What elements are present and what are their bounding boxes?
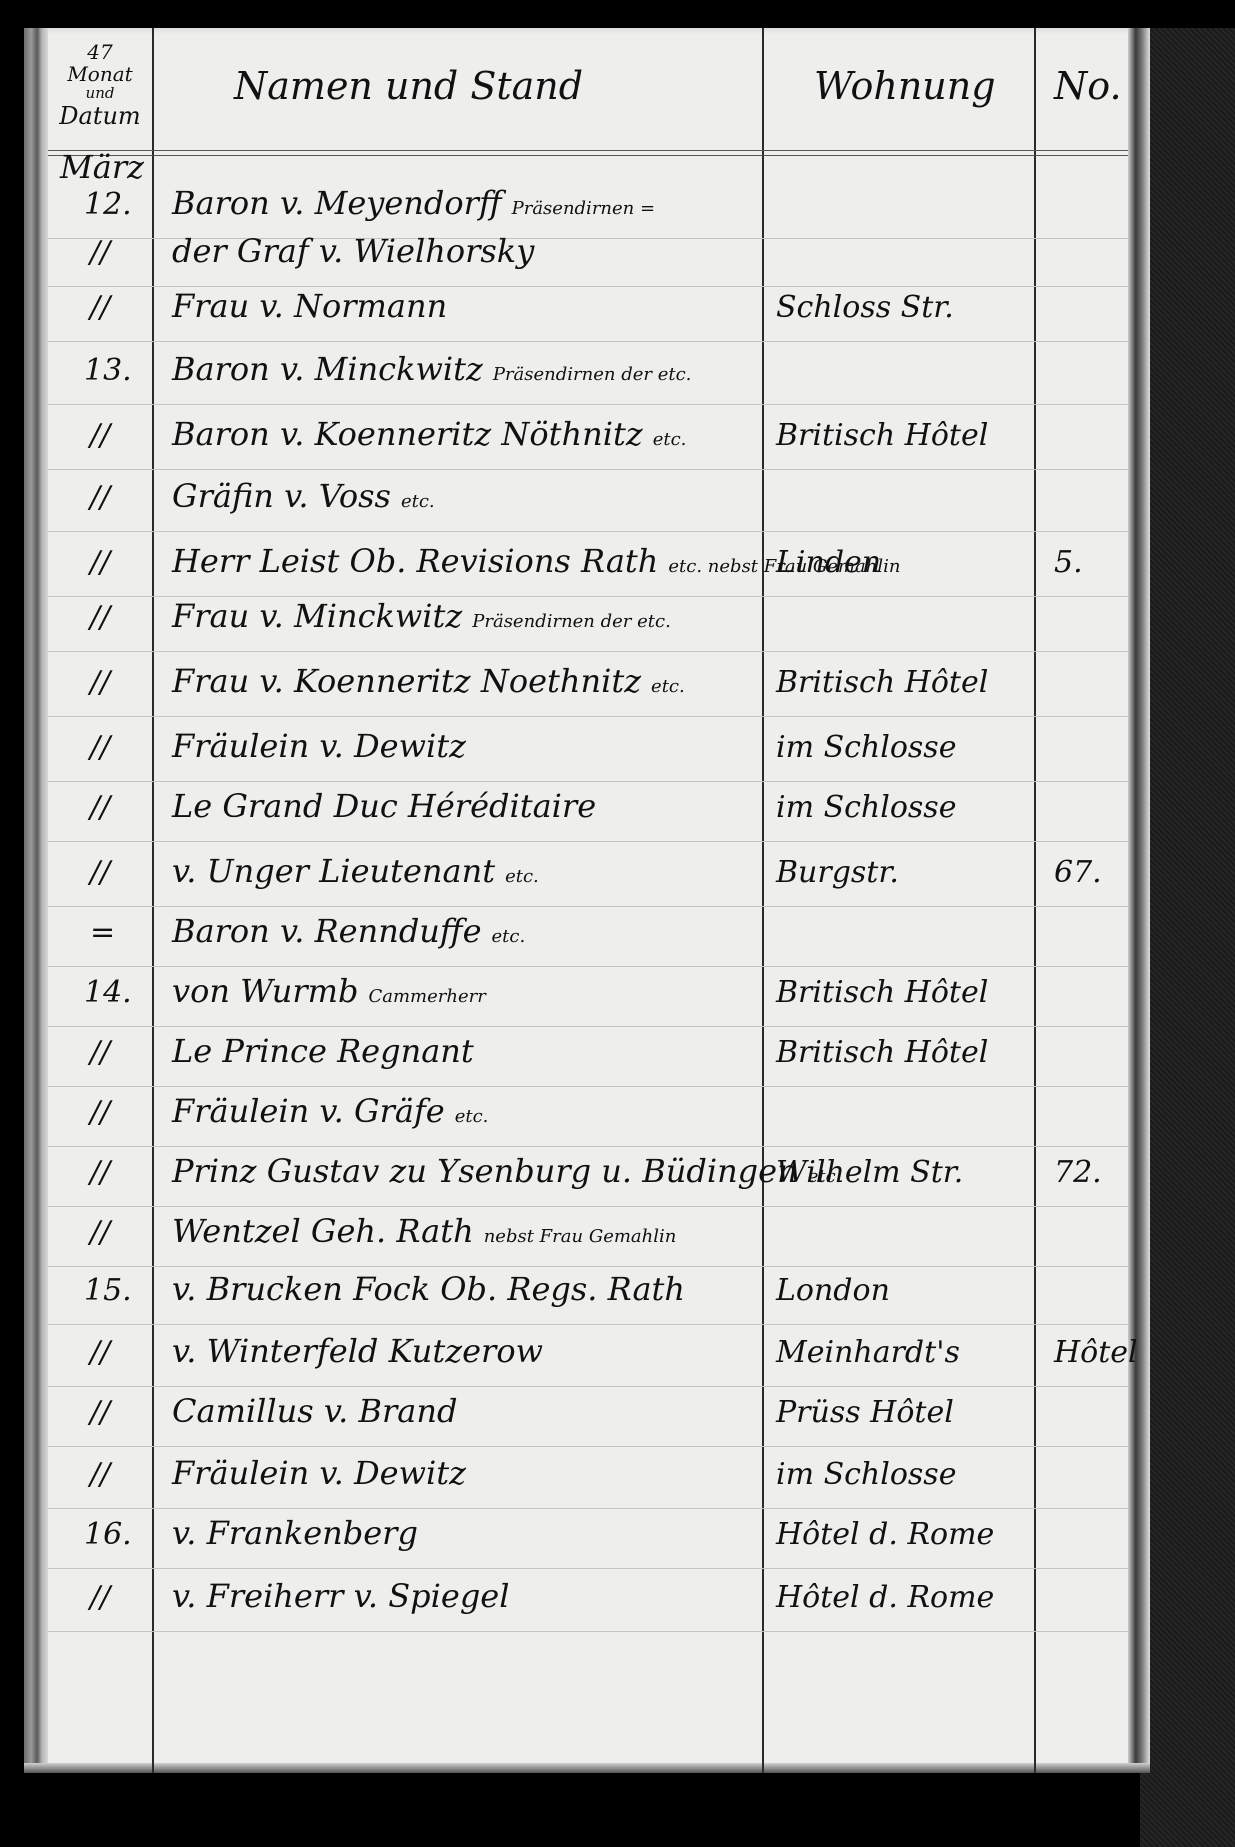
entry-note: Präsendirnen der etc. xyxy=(493,364,692,385)
entry-name-text: Le Grand Duc Héréditaire xyxy=(172,787,596,825)
entry-date: // xyxy=(90,1581,110,1614)
entry-date: // xyxy=(90,291,110,324)
entry-name: v. Winterfeld Kutzerow xyxy=(172,1334,543,1369)
entry-address: Schloss Str. xyxy=(776,291,954,324)
entry-date: // xyxy=(90,601,110,634)
entry-date: = xyxy=(90,916,115,949)
entry-address: Burgstr. xyxy=(776,856,899,889)
entry-note: etc. xyxy=(653,429,687,450)
entry-date: 15. xyxy=(84,1274,132,1307)
entry-name-text: Baron v. Rennduffe xyxy=(172,912,482,950)
entry-name-text: Baron v. Minckwitz xyxy=(172,350,483,388)
entry-date: // xyxy=(90,1396,110,1429)
entry-note: etc. xyxy=(505,866,539,887)
entry-note: etc. xyxy=(455,1106,489,1127)
row-rule xyxy=(48,651,1128,652)
entry-date: // xyxy=(90,546,110,579)
entry-date: // xyxy=(90,1458,110,1491)
entry-name: Fräulein v. Gräfeetc. xyxy=(172,1094,488,1129)
entry-name-text: Gräfin v. Voss xyxy=(172,477,391,515)
row-rule xyxy=(48,1026,1128,1027)
header-rule xyxy=(48,150,1128,156)
register-page: 47 Monat und Datum Namen und Stand Wohnu… xyxy=(24,28,1150,1773)
header-date-line3: Datum xyxy=(50,104,150,129)
entry-name: v. Freiherr v. Spiegel xyxy=(172,1579,509,1614)
entry-note: Präsendirnen = xyxy=(512,198,655,219)
entry-name: von WurmbCammerherr xyxy=(172,974,486,1009)
entry-address: Prüss Hôtel xyxy=(776,1396,954,1429)
row-rule xyxy=(48,716,1128,717)
entry-name: Baron v. MeyendorffPräsendirnen = xyxy=(172,186,655,221)
column-divider-name xyxy=(762,28,764,1773)
entry-address: Wilhelm Str. xyxy=(776,1156,963,1189)
entry-address: Hôtel d. Rome xyxy=(776,1518,994,1551)
entry-name: Le Prince Regnant xyxy=(172,1034,474,1069)
page-number: 47 xyxy=(50,42,150,63)
entry-number: 5. xyxy=(1054,546,1083,579)
entry-name: Baron v. Rennduffeetc. xyxy=(172,914,525,949)
entry-number: 72. xyxy=(1054,1156,1102,1189)
entry-address: Hôtel d. Rome xyxy=(776,1581,994,1614)
entry-name: Wentzel Geh. Rathnebst Frau Gemahlin xyxy=(172,1214,676,1249)
entry-name: Fräulein v. Dewitz xyxy=(172,1456,466,1491)
entry-name-text: Herr Leist Ob. Revisions Rath xyxy=(172,542,658,580)
entry-name-text: Baron v. Koenneritz Nöthnitz xyxy=(172,415,643,453)
entry-date: // xyxy=(90,1036,110,1069)
entry-name-text: Wentzel Geh. Rath xyxy=(172,1212,474,1250)
entry-name: Frau v. Koenneritz Noethnitzetc. xyxy=(172,664,685,699)
entry-address: im Schlosse xyxy=(776,731,956,764)
entry-address: im Schlosse xyxy=(776,791,956,824)
entry-name: v. Unger Lieutenantetc. xyxy=(172,854,539,889)
entry-name: Baron v. Koenneritz Nöthnitzetc. xyxy=(172,417,686,452)
entry-number: 67. xyxy=(1054,856,1102,889)
entry-date: 13. xyxy=(84,354,132,387)
row-rule xyxy=(48,841,1128,842)
entry-address: im Schlosse xyxy=(776,1458,956,1491)
entry-date: 14. xyxy=(84,976,132,1009)
entry-date: // xyxy=(90,1336,110,1369)
entry-note: etc. xyxy=(651,676,685,697)
entry-date: // xyxy=(90,236,110,269)
scanner-background xyxy=(1140,28,1235,1847)
row-rule xyxy=(48,1146,1128,1147)
entry-name: Prinz Gustav zu Ysenburg u. Büdingenetc. xyxy=(172,1154,841,1189)
entry-name-text: Frau v. Minckwitz xyxy=(172,597,462,635)
entry-address: Meinhardt's xyxy=(776,1336,960,1369)
page-right-edge xyxy=(1128,28,1150,1773)
row-rule xyxy=(48,341,1128,342)
entry-note: Präsendirnen der etc. xyxy=(472,611,671,632)
entry-name-text: v. Freiherr v. Spiegel xyxy=(172,1577,509,1615)
entry-address: Britisch Hôtel xyxy=(776,1036,988,1069)
row-rule xyxy=(48,1631,1128,1632)
entry-name-text: Prinz Gustav zu Ysenburg u. Büdingen xyxy=(172,1152,798,1190)
row-rule xyxy=(48,1266,1128,1267)
entry-date: // xyxy=(90,1216,110,1249)
entry-name: Fräulein v. Dewitz xyxy=(172,729,466,764)
header-date-line2: und xyxy=(50,86,150,102)
entry-date: // xyxy=(90,1096,110,1129)
entry-address: Britisch Hôtel xyxy=(776,666,988,699)
entry-name-text: Fräulein v. Dewitz xyxy=(172,727,466,765)
entry-name: Frau v. Normann xyxy=(172,289,447,324)
entry-name-text: Le Prince Regnant xyxy=(172,1032,474,1070)
entry-note: etc. xyxy=(401,491,435,512)
entry-number: Hôtel xyxy=(1054,1336,1138,1369)
entry-name: Le Grand Duc Héréditaire xyxy=(172,789,596,824)
entry-name: der Graf v. Wielhorsky xyxy=(172,234,534,269)
entry-date: 12. xyxy=(84,188,132,221)
entry-date: 16. xyxy=(84,1518,132,1551)
entry-date: // xyxy=(90,481,110,514)
entry-date: // xyxy=(90,419,110,452)
header-wohnung: Wohnung xyxy=(814,66,996,108)
header-name-stand: Namen und Stand xyxy=(234,66,583,108)
row-rule xyxy=(48,1508,1128,1509)
row-rule xyxy=(48,1206,1128,1207)
entry-name-text: v. Brucken Fock Ob. Regs. Rath xyxy=(172,1270,685,1308)
entry-date: // xyxy=(90,666,110,699)
entry-name-text: v. Frankenberg xyxy=(172,1514,418,1552)
entry-name-text: Fräulein v. Dewitz xyxy=(172,1454,466,1492)
entry-name-text: Fräulein v. Gräfe xyxy=(172,1092,445,1130)
row-rule xyxy=(48,906,1128,907)
entry-name-text: Frau v. Normann xyxy=(172,287,447,325)
entry-date: // xyxy=(90,791,110,824)
entry-name-text: von Wurmb xyxy=(172,972,358,1010)
column-divider-date xyxy=(152,28,154,1773)
entry-name: Gräfin v. Vossetc. xyxy=(172,479,435,514)
page-binding-edge xyxy=(24,28,48,1773)
row-rule xyxy=(48,1086,1128,1087)
entry-address: Britisch Hôtel xyxy=(776,976,988,1009)
entry-date: // xyxy=(90,856,110,889)
entry-note: nebst Frau Gemahlin xyxy=(484,1226,677,1247)
entry-note: Cammerherr xyxy=(368,986,485,1007)
row-rule xyxy=(48,404,1128,405)
entry-address: Britisch Hôtel xyxy=(776,419,988,452)
row-rule xyxy=(48,1386,1128,1387)
column-divider-address xyxy=(1034,28,1036,1773)
entry-name-text: v. Unger Lieutenant xyxy=(172,852,495,890)
entry-address: London xyxy=(776,1274,890,1307)
entry-name-text: Baron v. Meyendorff xyxy=(172,184,502,222)
entry-name-text: Camillus v. Brand xyxy=(172,1392,457,1430)
entry-name: v. Brucken Fock Ob. Regs. Rath xyxy=(172,1272,685,1307)
row-rule xyxy=(48,966,1128,967)
entry-name: Camillus v. Brand xyxy=(172,1394,457,1429)
row-rule xyxy=(48,469,1128,470)
header-date-line1: Monat xyxy=(50,64,150,85)
month-label: März xyxy=(60,150,144,185)
entry-name-text: v. Winterfeld Kutzerow xyxy=(172,1332,543,1370)
entry-date: // xyxy=(90,731,110,764)
row-rule xyxy=(48,531,1128,532)
entry-name: Baron v. MinckwitzPräsendirnen der etc. xyxy=(172,352,691,387)
row-rule xyxy=(48,1324,1128,1325)
row-rule xyxy=(48,1568,1128,1569)
entry-name-text: Frau v. Koenneritz Noethnitz xyxy=(172,662,641,700)
entry-note: etc. xyxy=(492,926,526,947)
page-bottom-edge xyxy=(24,1763,1150,1773)
entry-address: Linden xyxy=(776,546,881,579)
entry-name: v. Frankenberg xyxy=(172,1516,418,1551)
row-rule xyxy=(48,781,1128,782)
header-number: No. xyxy=(1054,66,1122,108)
row-rule xyxy=(48,1446,1128,1447)
entry-date: // xyxy=(90,1156,110,1189)
entry-name-text: der Graf v. Wielhorsky xyxy=(172,232,534,270)
entry-name: Frau v. MinckwitzPräsendirnen der etc. xyxy=(172,599,671,634)
